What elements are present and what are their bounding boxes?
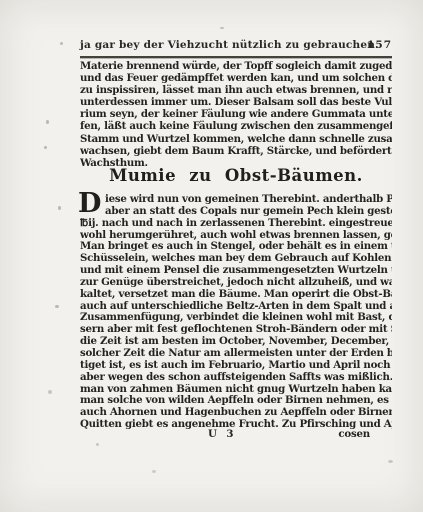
page-number: 157 <box>367 39 392 51</box>
text-line: Zusammenfügung, verbindet die kleinen wo… <box>80 312 392 324</box>
text-line: Stamm und Wurtzel kommen, welche dann sc… <box>80 133 392 145</box>
text-line: zur Genüge überstreichet, jedoch nicht a… <box>80 277 392 289</box>
signature-mark: U 3 <box>208 428 237 440</box>
text-line: rium seyn, der keiner Fäulung wie andere… <box>80 108 392 120</box>
text-line: Materie brennend würde, der Topff soglei… <box>80 60 392 72</box>
text-line: und mit einem Pensel die zusammengesetzt… <box>80 265 392 277</box>
scan-speck <box>388 460 393 463</box>
text-line: fen, läßt auch keine Fäulung zwischen de… <box>80 120 392 132</box>
scan-speck <box>152 470 156 473</box>
section-heading: Mumie zu Obst-Bäumen. <box>80 166 392 185</box>
drop-cap: D <box>78 192 101 216</box>
catchword: cosen <box>338 428 370 440</box>
scan-speck <box>46 120 49 124</box>
text-line: aber an statt des Copals nur gemein Pech… <box>80 206 392 218</box>
scan-speck <box>220 27 224 29</box>
text-line: sern aber mit fest geflochtenen Stroh-Bä… <box>80 324 392 336</box>
text-line: die Zeit ist am besten im October, Novem… <box>80 336 392 348</box>
text-line: kaltet, versetzet man die Bäume. Man ope… <box>80 289 392 301</box>
scan-speck <box>58 206 61 210</box>
page-footer: U 3 cosen <box>80 428 392 441</box>
text-line: und das Feuer gedämpffet werden kan, und… <box>80 72 392 84</box>
scanned-book-page: ja gar bey der Viehzucht nützlich zu geb… <box>0 0 423 512</box>
text-line: tiget ist, es ist auch im Februario, Mar… <box>80 360 392 372</box>
text-line: auch auf unterschiedliche Beltz-Arten in… <box>80 301 392 313</box>
text-line: wachsen, giebt dem Baum Krafft, Stärcke,… <box>80 145 392 157</box>
scan-speck <box>60 42 63 45</box>
scan-speck <box>96 443 99 446</box>
paragraph-mumie: D iese wird nun von gemeinen Therebint. … <box>80 194 392 431</box>
text-line: aber wegen des schon auffsteigenden Saff… <box>80 372 392 384</box>
running-header: ja gar bey der Viehzucht nützlich zu geb… <box>80 39 392 53</box>
text-line: ℔ij. nach und nach in zerlassenen Thereb… <box>80 218 392 230</box>
header-rule <box>80 56 392 58</box>
text-line: wohl herumgerühret, auch wohl etwas bren… <box>80 230 392 242</box>
text-line: iese wird nun von gemeinen Therebint. an… <box>80 194 392 206</box>
paragraph-continuation: Materie brennend würde, der Topff soglei… <box>80 60 392 169</box>
text-line: auch Ahornen und Hagenbuchen zu Aepffeln… <box>80 407 392 419</box>
scan-speck <box>55 305 59 308</box>
text-line: unterdessen immer um. Dieser Balsam soll… <box>80 96 392 108</box>
scan-speck <box>44 146 47 149</box>
text-line: man solche von wilden Aepffeln oder Birn… <box>80 395 392 407</box>
scan-speck <box>48 390 52 394</box>
text-line: man von zahmen Bäumen nicht gnug Wurtzel… <box>80 384 392 396</box>
text-line: zu inspissiren, lässet man ihn auch etwa… <box>80 84 392 96</box>
text-line: solcher Zeit die Natur am allermeisten u… <box>80 348 392 360</box>
text-line: Schüsselein, welches man bey dem Gebrauc… <box>80 253 392 265</box>
text-line: Man bringet es auch in Stengel, oder beh… <box>80 241 392 253</box>
running-title: ja gar bey der Viehzucht nützlich zu geb… <box>80 39 358 51</box>
